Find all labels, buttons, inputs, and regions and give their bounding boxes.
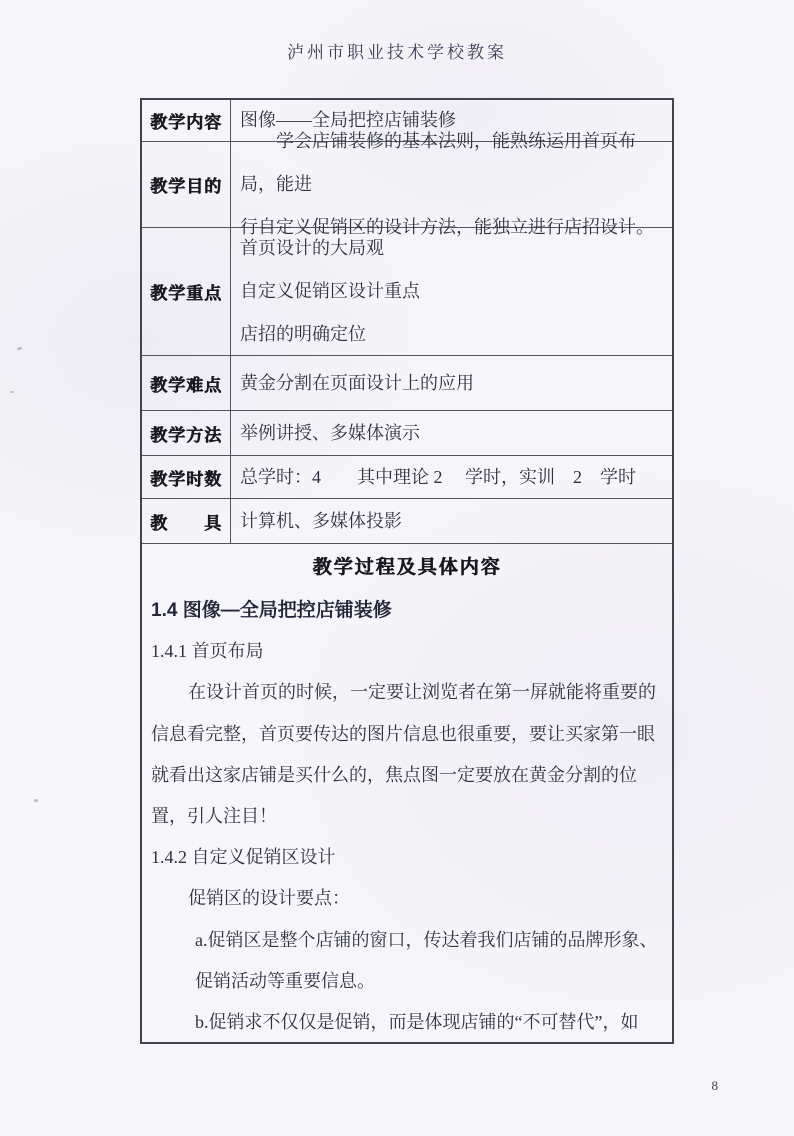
- table-row-teaching-difficulty: 教学难点 黄金分割在页面设计上的应用: [142, 355, 672, 410]
- row-label-teaching-hours: 教学时数: [142, 456, 231, 498]
- row-label-teaching-focus: 教学重点: [142, 228, 231, 355]
- cell-text-line: 总学时：4 其中理论 2 学时，实训 2 学时: [240, 456, 663, 499]
- scan-speck: [10, 391, 14, 393]
- cell-text-line: 举例讲授、多媒体演示: [240, 412, 663, 455]
- document-header-title: 泸州市职业技术学校教案: [0, 38, 794, 63]
- paragraph-line: 信息看完整，首页要传达的图片信息也很重要，要让买家第一眼: [151, 714, 663, 755]
- paragraph-line: 就看出这家店铺是买什么的，焦点图一定要放在黄金分割的位: [151, 755, 663, 796]
- row-value-teaching-hours: 总学时：4 其中理论 2 学时，实训 2 学时: [231, 456, 672, 498]
- list-item-a: a.促销区是整个店铺的窗口，传达着我们店铺的品牌形象、: [151, 920, 663, 961]
- process-section-title: 教学过程及具体内容: [151, 549, 663, 590]
- row-value-teaching-objective: 学会店铺装修的基本法则，能熟练运用首页布局，能进 行自定义促销区的设计方法，能独…: [231, 142, 672, 227]
- row-label-teaching-objective: 教学目的: [142, 142, 231, 227]
- cell-text-line: 学会店铺装修的基本法则，能熟练运用首页布局，能进: [240, 120, 663, 206]
- paragraph-line: 在设计首页的时候，一定要让浏览者在第一屏就能将重要的: [151, 672, 663, 713]
- page-number: 8: [712, 1078, 719, 1094]
- table-row-teaching-aids: 教 具 计算机、多媒体投影: [142, 498, 672, 543]
- scanned-lesson-plan-page: 泸州市职业技术学校教案 教学内容 图像——全局把控店铺装修 教学目的 学会店铺装…: [0, 0, 794, 1136]
- teaching-process-section: 教学过程及具体内容 1.4 图像—全局把控店铺装修 1.4.1 首页布局 在设计…: [142, 543, 672, 1042]
- table-row-teaching-method: 教学方法 举例讲授、多媒体演示: [142, 410, 672, 455]
- row-value-teaching-method: 举例讲授、多媒体演示: [231, 411, 672, 455]
- row-label-teaching-aids: 教 具: [142, 499, 231, 543]
- row-label-teaching-difficulty: 教学难点: [142, 356, 231, 410]
- paragraph-line: 置，引人注目！: [151, 796, 663, 837]
- heading-1-4-2: 1.4.2 自定义促销区设计: [151, 837, 663, 878]
- paragraph-line: 促销区的设计要点：: [151, 878, 663, 919]
- row-value-teaching-aids: 计算机、多媒体投影: [231, 499, 672, 543]
- cell-text-line: 店招的明确定位: [240, 313, 663, 356]
- cell-text-line: 计算机、多媒体投影: [240, 500, 663, 543]
- list-item-a-continued: 促销活动等重要信息。: [151, 961, 663, 1002]
- row-value-teaching-difficulty: 黄金分割在页面设计上的应用: [231, 356, 672, 410]
- row-label-teaching-content: 教学内容: [142, 100, 231, 141]
- cell-text-line: 首页设计的大局观: [240, 227, 663, 270]
- row-label-teaching-method: 教学方法: [142, 411, 231, 455]
- scan-speck: [34, 799, 38, 802]
- row-value-teaching-focus: 首页设计的大局观 自定义促销区设计重点 店招的明确定位: [231, 228, 672, 355]
- table-row-teaching-focus: 教学重点 首页设计的大局观 自定义促销区设计重点 店招的明确定位: [142, 227, 672, 355]
- list-item-b: b.促销求不仅仅是促销，而是体现店铺的“不可替代”，如: [151, 1002, 663, 1042]
- lesson-plan-table: 教学内容 图像——全局把控店铺装修 教学目的 学会店铺装修的基本法则，能熟练运用…: [140, 98, 674, 1044]
- table-row-teaching-hours: 教学时数 总学时：4 其中理论 2 学时，实训 2 学时: [142, 455, 672, 498]
- table-row-teaching-objective: 教学目的 学会店铺装修的基本法则，能熟练运用首页布局，能进 行自定义促销区的设计…: [142, 141, 672, 227]
- cell-text-line: 黄金分割在页面设计上的应用: [240, 362, 663, 405]
- cell-text-line: 自定义促销区设计重点: [240, 270, 663, 313]
- heading-1-4-1: 1.4.1 首页布局: [151, 631, 663, 672]
- heading-1-4: 1.4 图像—全局把控店铺装修: [151, 590, 663, 631]
- scan-speck: [17, 346, 23, 351]
